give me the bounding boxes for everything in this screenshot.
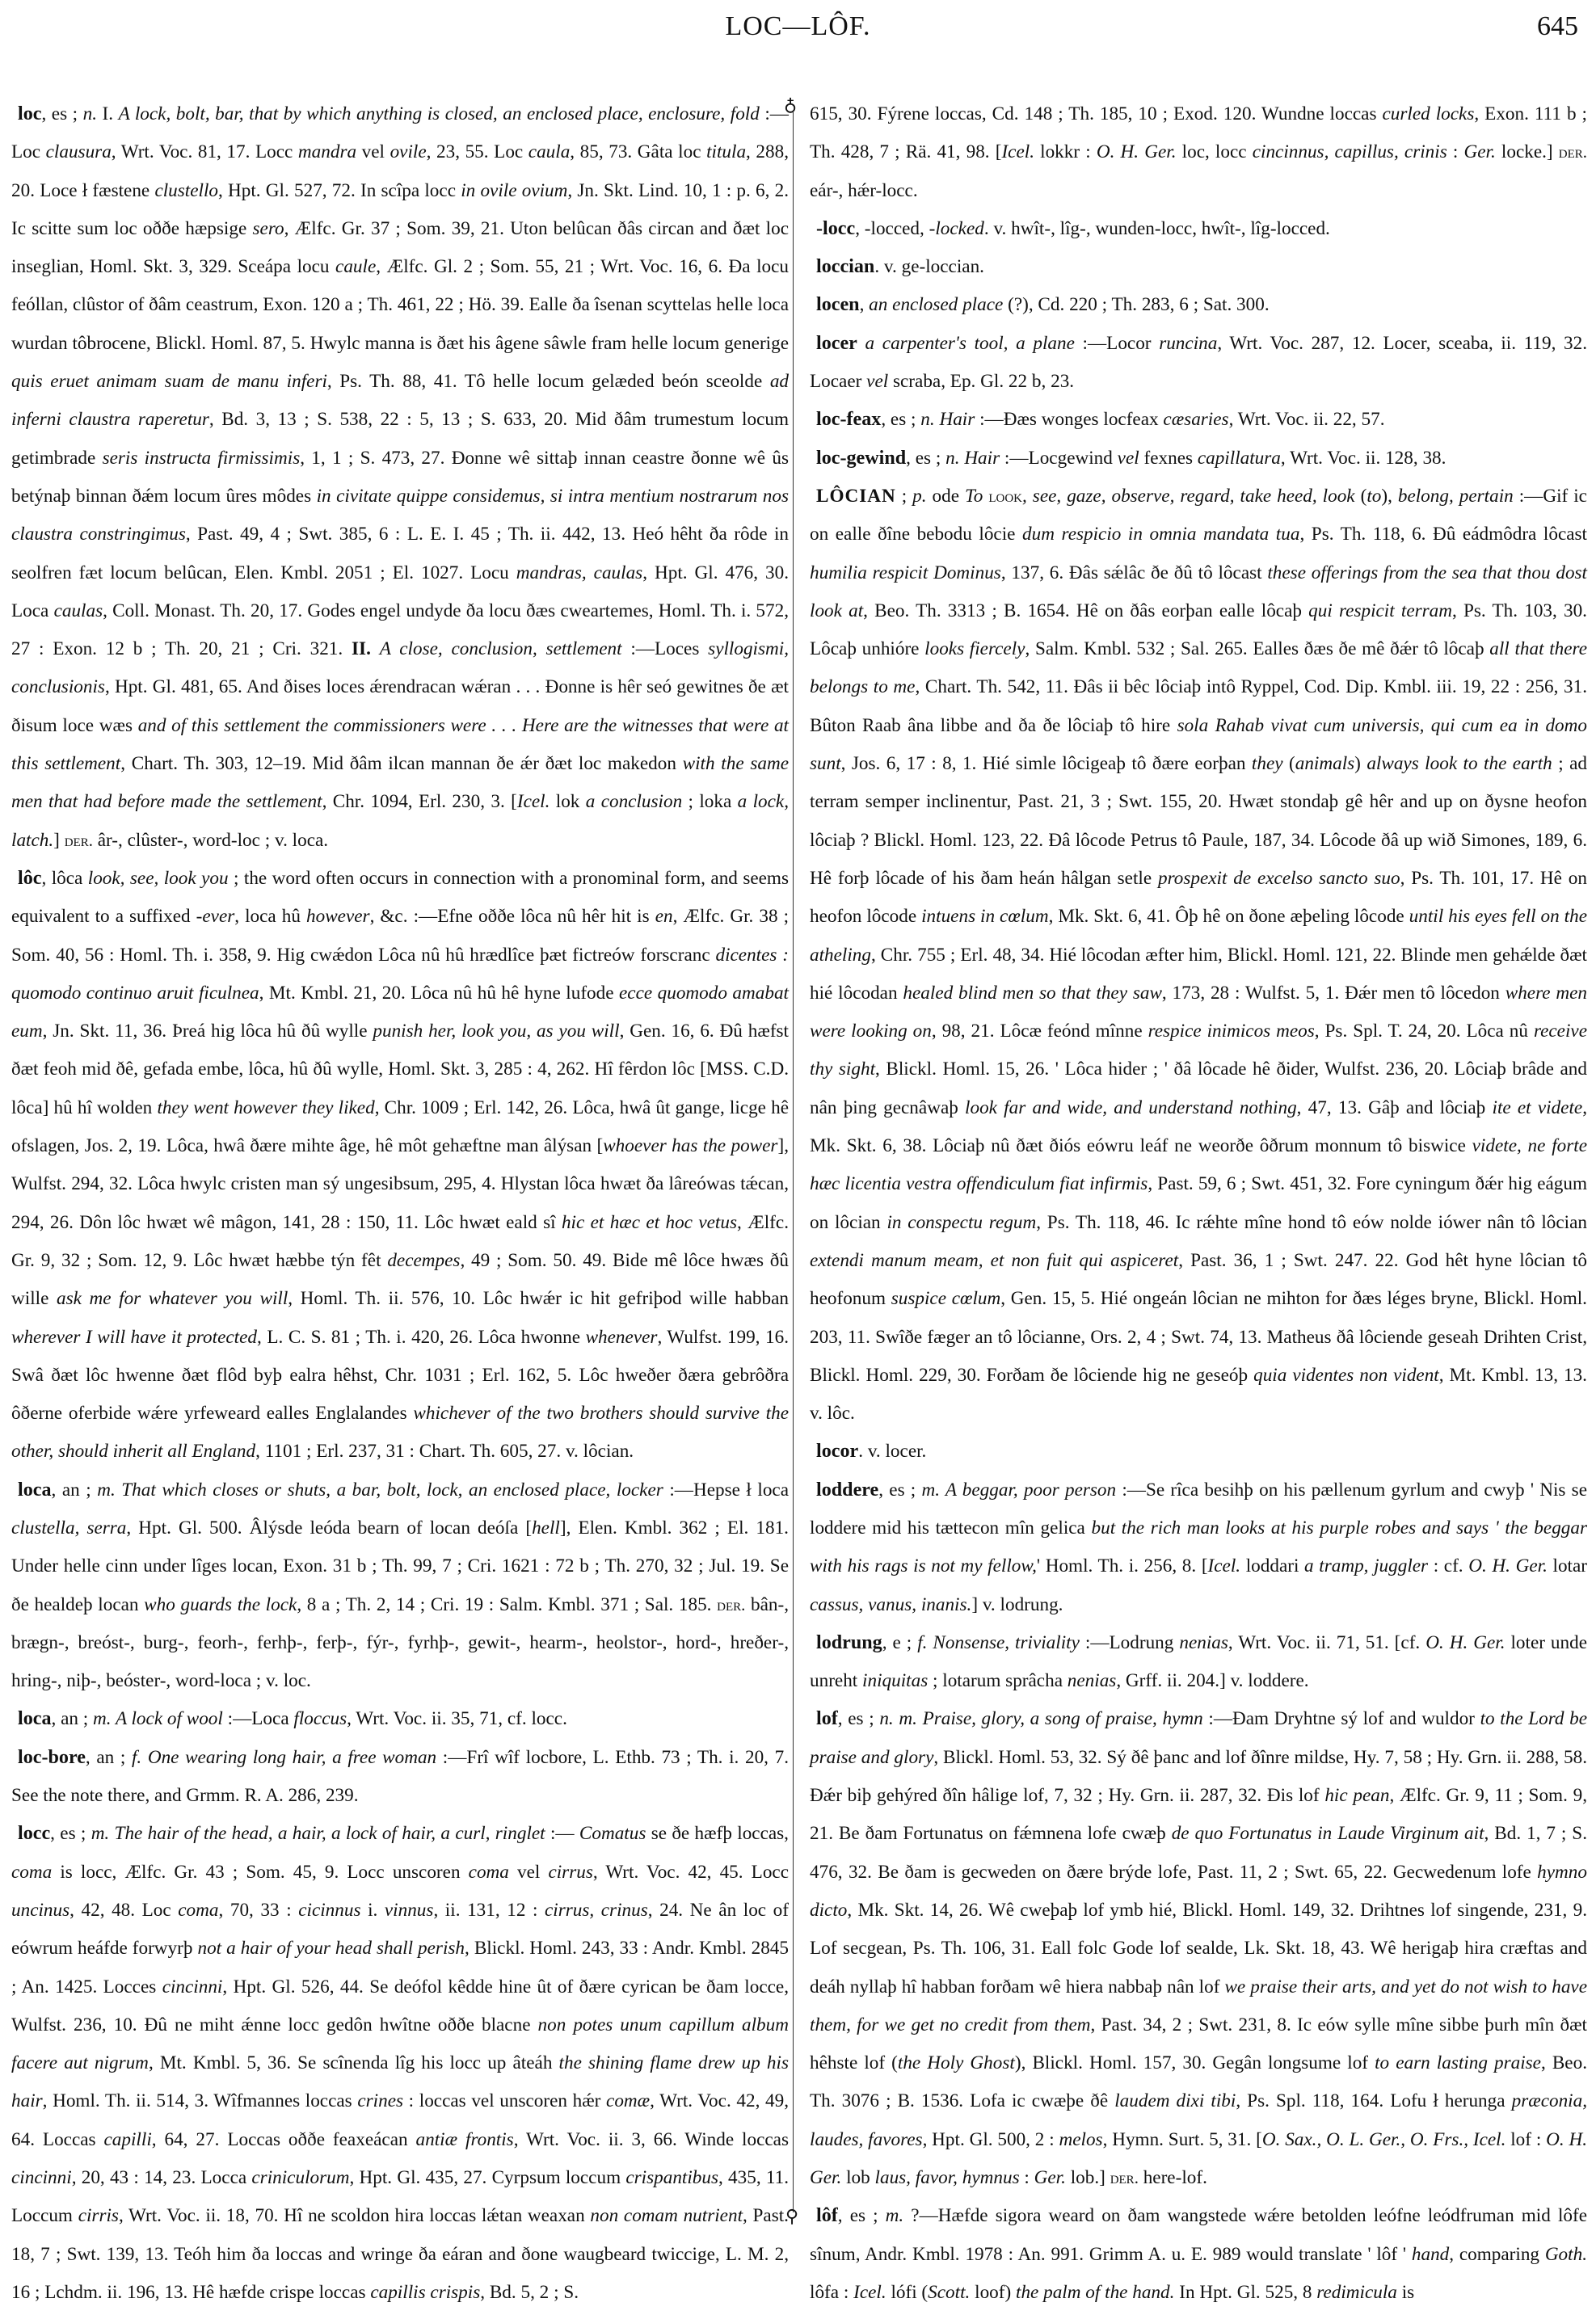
- entry-text: :—Hepse ł loca: [663, 1480, 789, 1501]
- entry-text: Ger.: [1463, 141, 1495, 162]
- dictionary-entry: -locc, -locced, -locked. v. hwît-, lîg-,…: [810, 210, 1587, 248]
- entry-text: :—Loca: [223, 1708, 294, 1729]
- entry-text: looks fiercely: [924, 638, 1025, 659]
- entry-text: , es ;: [50, 1823, 91, 1844]
- entry-text: :—Ðam Dryhtne sý lof and wuldor: [1203, 1708, 1480, 1729]
- entry-text: vel: [1118, 448, 1139, 469]
- entry-text: en: [655, 906, 673, 927]
- entry-text: , Grff. ii. 204.] v. loddere.: [1116, 1670, 1308, 1691]
- entry-text: whoever has the power: [603, 1135, 777, 1156]
- entry-text: punish her, look you, as you will: [373, 1021, 619, 1042]
- entry-text: wherever I will have it protected: [11, 1327, 257, 1348]
- entry-text: look: [988, 486, 1022, 506]
- dictionary-entry: locen, an enclosed place (?), Cd. 220 ; …: [810, 286, 1587, 324]
- entry-text: decempes: [387, 1250, 460, 1271]
- entry-text: der.: [1110, 2168, 1139, 2187]
- entry-text: , loca hû: [234, 906, 306, 927]
- entry-text: n.: [83, 103, 97, 124]
- entry-text: , es ;: [41, 103, 82, 124]
- entry-text: hell: [532, 1518, 560, 1539]
- entry-text: Icel.: [853, 2282, 886, 2303]
- entry-text: ]: [53, 830, 65, 851]
- entry-text: i.: [361, 1900, 385, 1921]
- dictionary-entry: lôf, es ; m. ?—Hæfde sigora weard on ðam…: [810, 2197, 1587, 2311]
- entry-text: a conclusion: [586, 791, 682, 812]
- entry-text: , Hpt. Gl. 527, 72. In scîpa locc: [218, 180, 461, 201]
- entry-text: :: [1447, 141, 1464, 162]
- entry-text: In Hpt. Gl. 525, 8: [1174, 2282, 1316, 2303]
- entry-text: Scott.: [928, 2282, 970, 2303]
- headword: loc: [18, 103, 41, 124]
- entry-text: , Ps. Th. 88, 41. Tô helle locum gelæded…: [327, 371, 770, 392]
- headword: lof: [816, 1708, 838, 1729]
- entry-text: der.: [717, 1595, 745, 1614]
- entry-text: , an ;: [52, 1708, 94, 1729]
- entry-text: fexnes: [1139, 448, 1198, 469]
- headword: LÔCIAN: [816, 486, 896, 507]
- entry-text: non comam nutrient: [590, 2205, 743, 2226]
- entry-text: suspice cœlum: [891, 1288, 1001, 1309]
- entry-text: , Wrt. Voc. ii. 128, 38.: [1281, 448, 1447, 469]
- entry-text: , Hpt. Gl. 435, 27. Cyrpsum loccum: [349, 2167, 625, 2188]
- entry-text: prospexit de excelso sancto suo: [1158, 868, 1400, 889]
- dictionary-entry: loca, an ; m. A lock of wool :—Loca floc…: [11, 1700, 789, 1738]
- entry-text: redimicula: [1316, 2282, 1397, 2303]
- entry-text: O. H. Ger.: [1097, 141, 1177, 162]
- entry-text: ' Homl. Th. i. 256, 8. [: [1037, 1555, 1208, 1576]
- entry-text: , es ;: [906, 448, 945, 469]
- entry-text: cæsaries: [1163, 409, 1228, 430]
- entry-text: titula: [706, 141, 746, 162]
- entry-text: f. One wearing long hair, a free woman: [132, 1747, 436, 1768]
- entry-text: whenever: [586, 1327, 658, 1348]
- entry-text: A close, conclusion, settlement: [380, 638, 622, 659]
- entry-text: :—Loces: [622, 638, 709, 659]
- entry-text: animals: [1295, 753, 1354, 774]
- entry-text: in conspectu regum: [886, 1212, 1036, 1233]
- entry-text: , 42, 48. Loc: [69, 1900, 178, 1921]
- entry-text: Icel.: [517, 791, 550, 812]
- entry-text: clausura: [46, 141, 112, 162]
- entry-text: lob: [841, 2167, 874, 2188]
- entry-text: respice inimicos meos: [1148, 1021, 1315, 1042]
- entry-text: m. The hair of the head, a hair, a lock …: [91, 1823, 545, 1844]
- entry-text: m. A beggar, poor person: [921, 1480, 1116, 1501]
- entry-text: cincinnus, capillus, crinis: [1253, 141, 1447, 162]
- headword: locer: [816, 333, 857, 354]
- entry-text: ), Blickl. Homl. 157, 30. Gegân longsume…: [1015, 2052, 1375, 2073]
- entry-text: melos: [1059, 2129, 1102, 2150]
- entry-text: , Homl. Th. ii. 514, 3. Wîfmannes loccas: [43, 2090, 358, 2111]
- entry-text: nenias: [1068, 1670, 1117, 1691]
- entry-text: quis eruet animam suam de manu inferi: [11, 371, 327, 392]
- running-head: LOC—LÔF. 645: [0, 6, 1596, 55]
- entry-text: lof :: [1505, 2129, 1546, 2150]
- entry-text: curled locks: [1382, 103, 1474, 124]
- entry-text: n. Hair: [920, 409, 975, 430]
- entry-text: caule: [335, 256, 376, 277]
- entry-text: , Ps. Th. 118, 6. Ðû eádmôdra lôcast: [1299, 524, 1587, 545]
- entry-text: capilli: [104, 2129, 152, 2150]
- entry-text: , Chart. Th. 303, 12–19. Mid ðâm ilcan m…: [120, 753, 682, 774]
- entry-text: in ovile ovium: [461, 180, 567, 201]
- entry-text: , 70, 33 :: [219, 1900, 299, 1921]
- entry-text: , Wrt. Voc. ii. 22, 57.: [1229, 409, 1385, 430]
- entry-text: der.: [65, 831, 93, 850]
- entry-text: . v. locer.: [858, 1441, 926, 1462]
- dictionary-entry: locor. v. locer.: [810, 1433, 1587, 1471]
- entry-text: the Holy Ghost: [898, 2052, 1015, 2073]
- entry-text: ): [1354, 753, 1366, 774]
- dictionary-entry: loc, es ; n. I. A lock, bolt, bar, that …: [11, 95, 789, 860]
- entry-text: âr-, clûster-, word-loc ; v. loca.: [93, 830, 328, 851]
- entry-text: eár-, hǽr-locc.: [810, 180, 918, 201]
- entry-text: to: [1366, 486, 1381, 507]
- entry-text: capillatura: [1198, 448, 1281, 469]
- entry-text: sero: [253, 218, 284, 239]
- entry-text: locke.]: [1496, 141, 1559, 162]
- entry-text: ; lotarum sprâcha: [928, 1670, 1068, 1691]
- headword: loc-gewind: [816, 448, 906, 469]
- entry-text: , Wrt. Voc. ii. 18, 70. Hî ne scoldon hi…: [119, 2205, 590, 2226]
- entry-text: , Hymn. Surt. 5, 31. [: [1103, 2129, 1262, 2150]
- entry-text: , Mt. Kmbl. 21, 20. Lôca nû hû hê hyne l…: [259, 983, 619, 1004]
- entry-text: loddari: [1240, 1555, 1304, 1576]
- entry-text: , ii. 131, 12 :: [433, 1900, 545, 1921]
- entry-text: der.: [1559, 142, 1587, 162]
- entry-text: , Wrt. Voc. ii. 3, 66. Winde loccas: [514, 2129, 789, 2150]
- entry-text: :—Locgewind: [1000, 448, 1118, 469]
- entry-text: n. Hair: [945, 448, 1000, 469]
- entry-text: , lôca: [41, 868, 87, 889]
- entry-text: uncinus: [11, 1900, 69, 1921]
- entry-text: , 8 a ; Th. 2, 14 ; Cri. 19 : Salm. Kmbl…: [297, 1594, 717, 1615]
- entry-text: here-lof.: [1139, 2167, 1207, 2188]
- entry-text: (?), Cd. 220 ; Th. 283, 6 ; Sat. 300.: [1003, 294, 1269, 315]
- entry-text: (: [1283, 753, 1295, 774]
- entry-text: , -locced, -: [855, 218, 935, 239]
- entry-text: , 173, 28 : Wulfst. 5, 1. Ðǽr men tô lôc…: [1162, 983, 1505, 1004]
- entry-text: . v. hwît-, lîg-, wunden-locc, hwît-, lî…: [984, 218, 1330, 239]
- headword: locor: [816, 1441, 858, 1462]
- dictionary-entry: loca, an ; m. That which closes or shuts…: [11, 1471, 789, 1701]
- entry-text: runcina: [1159, 333, 1217, 354]
- entry-text: ite et videte: [1493, 1097, 1583, 1118]
- dictionary-entry: LÔCIAN ; p. ode To look, see, gaze, obse…: [810, 478, 1587, 1433]
- entry-text: O. H. Ger.: [1468, 1555, 1548, 1576]
- entry-text: [857, 333, 865, 354]
- entry-text: O. Sax., O. L. Ger., O. Frs., Icel.: [1262, 2129, 1506, 2150]
- headword: loca: [18, 1480, 52, 1501]
- dictionary-entry: loccian. v. ge-loccian.: [810, 248, 1587, 286]
- entry-text: [371, 638, 380, 659]
- entry-text: laus, favor, hymnus: [875, 2167, 1020, 2188]
- entry-text: ;: [896, 486, 912, 507]
- right-column: 615, 30. Fýrene loccas, Cd. 148 ; Th. 18…: [810, 95, 1587, 2311]
- entry-text: mandras, caulas: [516, 562, 642, 583]
- entry-text: a tramp, juggler: [1304, 1555, 1428, 1576]
- entry-text: lotar: [1548, 1555, 1587, 1576]
- headword: lôc: [18, 868, 41, 889]
- entry-text: A lock, bolt, bar, that by which anythin…: [119, 103, 760, 124]
- entry-text: , Mk. Skt. 6, 41. Ôþ hê on ðone æþeling …: [1049, 906, 1409, 927]
- entry-text: ; loka: [682, 791, 737, 812]
- entry-text: ,: [860, 294, 870, 315]
- headword: loddere: [816, 1480, 878, 1501]
- dictionary-entry: loc-gewind, es ; n. Hair :—Locgewind vel…: [810, 440, 1587, 478]
- entry-text: ),: [1381, 486, 1398, 507]
- entry-text: comæ: [606, 2090, 650, 2111]
- entry-text: cincinni: [162, 1976, 223, 1997]
- entry-text: m. A lock of wool: [93, 1708, 223, 1729]
- entry-text: healed blind men so that they saw: [903, 983, 1162, 1004]
- headword: loc-feax: [816, 409, 881, 430]
- entry-text: a carpenter's tool, a plane: [865, 333, 1075, 354]
- entry-text: , Wrt. Voc. 42, 45. Locc: [593, 1862, 789, 1883]
- entry-text: , es ;: [838, 2205, 886, 2226]
- entry-text: , es ;: [881, 409, 920, 430]
- entry-text: to earn lasting praise: [1375, 2052, 1541, 2073]
- entry-text: an enclosed place: [869, 294, 1003, 315]
- entry-text: extendi manum meam, et non fuit qui aspi…: [810, 1250, 1178, 1271]
- entry-text: hic et hæc et hoc vetus: [562, 1212, 737, 1233]
- entry-text: Ger.: [1034, 2167, 1066, 2188]
- entry-text: : loccas vel unscoren hǽr: [403, 2090, 606, 2111]
- entry-text: lokkr :: [1034, 141, 1097, 162]
- entry-text: lófi (: [886, 2282, 929, 2303]
- column-divider: [793, 110, 794, 2212]
- entry-text: , an ;: [86, 1747, 132, 1768]
- entry-text: clustello: [154, 180, 218, 201]
- dictionary-entry: lof, es ; n. m. Praise, glory, a song of…: [810, 1700, 1587, 2197]
- entry-text: , Hpt. Gl. 500, 2 :: [923, 2129, 1059, 2150]
- entry-text: locked: [935, 218, 984, 239]
- entry-text: :: [1020, 2167, 1034, 2188]
- entry-text: humilia respicit Dominus: [810, 562, 1001, 583]
- entry-text: , see, gaze, observe, regard, take heed,…: [1022, 486, 1355, 507]
- entry-text: f. Nonsense, triviality: [917, 1632, 1080, 1653]
- entry-text: , Chr. 1094, Erl. 230, 3. [: [322, 791, 517, 812]
- entry-text: look, see, look you: [88, 868, 229, 889]
- entry-text: , L. C. S. 81 ; Th. i. 420, 26. Lôca hwo…: [257, 1327, 586, 1348]
- entry-text: antiæ frontis: [416, 2129, 514, 2150]
- entry-text: they: [1252, 753, 1283, 774]
- entry-text: n. m. Praise, glory, a song of praise, h…: [879, 1708, 1202, 1729]
- entry-text: , Ps. Th. 118, 46. Ic rǽhte mîne hond tô…: [1036, 1212, 1587, 1233]
- entry-text: To: [965, 486, 988, 507]
- entry-text: , Salm. Kmbl. 532 ; Sal. 265. Ealles ðæs…: [1025, 638, 1489, 659]
- entry-text: I.: [97, 103, 119, 124]
- entry-text: floccus: [293, 1708, 347, 1729]
- left-column: loc, es ; n. I. A lock, bolt, bar, that …: [11, 95, 789, 2311]
- dictionary-entry: locc, es ; m. The hair of the head, a ha…: [11, 1815, 789, 2311]
- entry-text: crispantibus: [625, 2167, 718, 2188]
- entry-text: lob.]: [1066, 2167, 1110, 2188]
- entry-text: : cf.: [1428, 1555, 1468, 1576]
- entry-text: is: [1397, 2282, 1414, 2303]
- entry-text: , e ;: [882, 1632, 917, 1653]
- entry-text: , Jn. Skt. 11, 36. Þreá hig lôca hû ðû w…: [43, 1021, 373, 1042]
- entry-text: mandra: [298, 141, 356, 162]
- headword: locc: [18, 1823, 50, 1844]
- entry-text: is locc, Ælfc. Gr. 43 ; Som. 45, 9. Locc…: [52, 1862, 468, 1883]
- entry-text: , Wrt. Voc. ii. 35, 71, cf. locc.: [347, 1708, 567, 1729]
- headword: -locc: [816, 218, 855, 239]
- headword: loca: [18, 1708, 52, 1729]
- entry-text: cicinnus: [298, 1900, 360, 1921]
- entry-text: :—: [545, 1823, 579, 1844]
- entry-text: , 20, 43 : 14, 23. Locca: [72, 2167, 252, 2188]
- entry-text: dum respicio in omnia mandata tua: [1022, 524, 1299, 545]
- entry-text: laudem dixi tibi: [1114, 2090, 1236, 2111]
- entry-text: ode: [927, 486, 965, 507]
- dictionary-entry: lodrung, e ; f. Nonsense, triviality :—L…: [810, 1624, 1587, 1701]
- entry-text: , Homl. Th. ii. 576, 10. Lôc hwǽr ic hit…: [288, 1288, 789, 1309]
- entry-continuation: 615, 30. Fýrene loccas, Cd. 148 ; Th. 18…: [810, 95, 1587, 210]
- entry-text: , Wrt. Voc. ii. 71, 51. [cf.: [1228, 1632, 1425, 1653]
- entry-text: they went however they liked: [157, 1097, 374, 1118]
- entry-text: ovile: [390, 141, 427, 162]
- dictionary-entry: loc-feax, es ; n. Hair :—Ðæs wonges locf…: [810, 401, 1587, 439]
- entry-text: p.: [912, 486, 926, 507]
- entry-text: , Beo. Th. 3313 ; B. 1654. Hê on ðâs eor…: [863, 600, 1308, 621]
- entry-text: O. H. Ger.: [1425, 1632, 1505, 1653]
- entry-text: quia videntes non vident: [1253, 1365, 1439, 1386]
- entry-text: , es ;: [878, 1480, 921, 1501]
- entry-text: , Ps. Spl. T. 24, 20. Lôca nû: [1315, 1021, 1534, 1042]
- entry-text: ask me for whatever you will: [57, 1288, 288, 1309]
- entry-text: , comparing: [1449, 2244, 1545, 2265]
- headword: lôf: [816, 2205, 838, 2226]
- entry-text: lok: [550, 791, 585, 812]
- entry-text: vinnus: [385, 1900, 434, 1921]
- entry-text: lôfa :: [810, 2282, 853, 2303]
- entry-text: hand: [1412, 2244, 1449, 2265]
- entry-text: vel: [509, 1862, 549, 1883]
- entry-text: scraba, Ep. Gl. 22 b, 23.: [888, 371, 1074, 392]
- entry-text: , es ;: [838, 1708, 880, 1729]
- entry-text: m. That which closes or shuts, a bar, bo…: [97, 1480, 663, 1501]
- entry-text: , Bd. 5, 2 ; S.: [480, 2282, 579, 2303]
- entry-text: m.: [886, 2205, 904, 2226]
- entry-text: not a hair of your head shall perish: [197, 1938, 465, 1959]
- headword: loccian: [816, 256, 874, 277]
- entry-text: , 1101 ; Erl. 237, 31 : Chart. Th. 605, …: [255, 1441, 634, 1462]
- entry-text: the palm of the hand.: [1016, 2282, 1174, 2303]
- entry-text: coma: [469, 1862, 509, 1883]
- entry-text: Comatus: [579, 1823, 646, 1844]
- entry-text: loof): [970, 2282, 1016, 2303]
- entry-text: , Mt. Kmbl. 5, 36. Se scînenda lîg his l…: [149, 2052, 559, 2073]
- entry-text: cirris: [78, 2205, 119, 2226]
- entry-text: (: [1355, 486, 1367, 507]
- entry-text: , Ps. Spl. 118, 164. Lofu ł herunga: [1236, 2090, 1511, 2111]
- entry-text: however: [306, 906, 370, 927]
- entry-text: qui respicit terram: [1308, 600, 1452, 621]
- entry-text: :—Ðæs wonges locfeax: [975, 409, 1163, 430]
- entry-text: , Jos. 6, 17 : 8, 1. Hié simle lôcigeaþ …: [841, 753, 1252, 774]
- dictionary-entry: loc-bore, an ; f. One wearing long hair,…: [11, 1739, 789, 1816]
- entry-text: coma: [11, 1862, 52, 1883]
- entry-text: look far and wide, and understand nothin…: [965, 1097, 1297, 1118]
- headword: locen: [816, 294, 860, 315]
- entry-text: :—Lodrung: [1080, 1632, 1179, 1653]
- entry-text: loc, locc: [1177, 141, 1253, 162]
- entry-text: , 47, 13. Gâþ and lôciaþ: [1297, 1097, 1493, 1118]
- entry-text: Icel.: [1001, 141, 1034, 162]
- dictionary-entry: lôc, lôca look, see, look you ; the word…: [11, 860, 789, 1471]
- entry-text: seris instructa firmissimis: [103, 448, 301, 469]
- entry-text: nenias: [1179, 1632, 1228, 1653]
- entry-text: , 23, 55. Loc: [427, 141, 528, 162]
- entry-text: cirrus: [548, 1862, 592, 1883]
- entry-text: coma: [178, 1900, 218, 1921]
- dictionary-entry: locer a carpenter's tool, a plane :—Loco…: [810, 325, 1587, 402]
- entry-text: hic pean: [1324, 1785, 1389, 1806]
- entry-text: cincinni: [11, 2167, 72, 2188]
- entry-text: ] v. lodrung.: [971, 1594, 1063, 1615]
- entry-text: -ever: [196, 906, 235, 927]
- entry-text: cassus, vanus, inanis.: [810, 1594, 971, 1615]
- entry-text: Icel.: [1208, 1555, 1241, 1576]
- entry-text: , an ;: [52, 1480, 98, 1501]
- entry-text: , 98, 21. Lôcæ feónd mînne: [932, 1021, 1148, 1042]
- entry-text: Goth.: [1545, 2244, 1587, 2265]
- entry-text: vel: [356, 141, 390, 162]
- entry-text: vel: [866, 371, 888, 392]
- entry-text: :—Locor: [1075, 333, 1159, 354]
- dictionary-entry: loddere, es ; m. A beggar, poor person :…: [810, 1471, 1587, 1624]
- entry-text: de quo Fortunatus in Laude Virginum ait: [1172, 1823, 1484, 1844]
- headword: loc-bore: [18, 1747, 86, 1768]
- page-number: 645: [1537, 11, 1578, 42]
- entry-text: cirrus, crinus: [545, 1900, 648, 1921]
- entry-text: intuens in cœlum: [921, 906, 1048, 927]
- entry-text: , 137, 6. Ðâs sǽlâc ðe ðû tô lôcast: [1001, 562, 1268, 583]
- entry-text: , 64, 27. Loccas oððe feaxeácan: [152, 2129, 416, 2150]
- entry-text: belong, pertain: [1398, 486, 1514, 507]
- headword: lodrung: [816, 1632, 882, 1653]
- entry-text: II.: [352, 638, 371, 659]
- entry-text: , 85, 73. Gâta loc: [570, 141, 706, 162]
- entry-text: capillis crispis: [370, 2282, 480, 2303]
- entry-text: , &c. :—Efne oððe lôca nû hêr hit is: [370, 906, 655, 927]
- entry-text: clustella, serra: [11, 1518, 126, 1539]
- entry-text: iniquitas: [862, 1670, 928, 1691]
- entry-text: crines: [357, 2090, 403, 2111]
- entry-text: caula: [528, 141, 571, 162]
- entry-text: criniculorum: [251, 2167, 349, 2188]
- entry-text: , Hpt. Gl. 500. Âlýsde leóda bearn of lo…: [126, 1518, 532, 1539]
- entry-text: 615, 30. Fýrene loccas, Cd. 148 ; Th. 18…: [810, 103, 1382, 124]
- entry-text: always look to the earth: [1366, 753, 1552, 774]
- page-title: LOC—LÔF.: [0, 11, 1596, 42]
- entry-text: who guards the lock: [144, 1594, 297, 1615]
- entry-text: , Wrt. Voc. 81, 17. Locc: [112, 141, 298, 162]
- entry-text: se ðe hæfþ loccas,: [646, 1823, 789, 1844]
- entry-text: caulas: [54, 600, 103, 621]
- entry-text: . v. ge-loccian.: [874, 256, 984, 277]
